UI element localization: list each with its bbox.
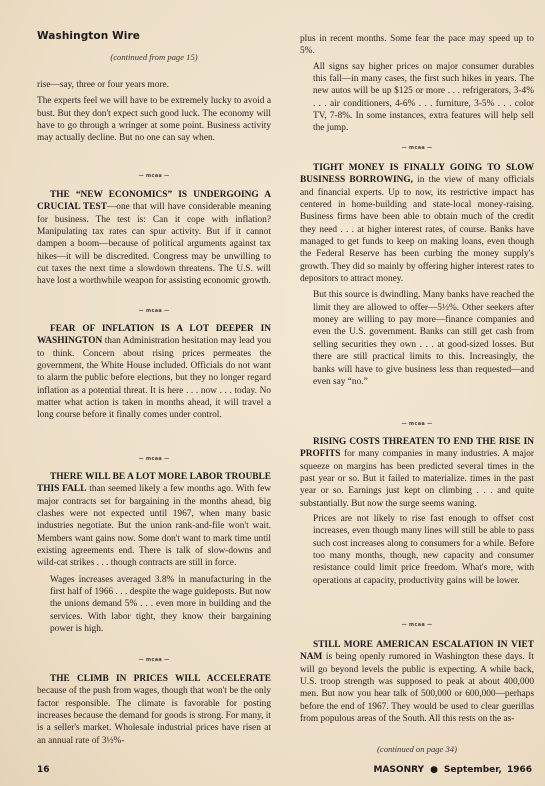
continued-from-note: (continued from page 15) [37, 52, 271, 62]
article-paragraph: THERE WILL BE A LOT MORE LABOR TROUBLE T… [37, 471, 271, 570]
article-followup: But this source is dwindling. Many banks… [300, 289, 534, 388]
article-body: than seemed likely a few months ago. Wit… [37, 484, 271, 568]
separator: — mcaa — [300, 142, 534, 154]
article-paragraph: FEAR OF INFLATION IS A LOT DEEPER IN WAS… [37, 323, 271, 422]
article-followup: Prices are not likely to rise fast enoug… [300, 513, 534, 587]
separator: — mcaa — [37, 170, 271, 182]
article-paragraph: THE “NEW ECONOMICS” IS UNDERGOING A CRUC… [37, 189, 271, 288]
article-paragraph: TIGHT MONEY IS FINALLY GOING TO SLOW BUS… [300, 162, 534, 285]
separator: — mcaa — [37, 305, 271, 317]
magazine-name: MASONRY [374, 765, 425, 775]
article-followup: Wages increases averaged 3.8% in manufac… [37, 574, 271, 636]
intro-paragraph-1: rise—say, three or four years more. [37, 79, 271, 91]
article-tight-money: — mcaa — TIGHT MONEY IS FINALLY GOING TO… [300, 142, 534, 388]
separator: — mcaa — [300, 418, 534, 430]
magazine-page: Washington Wire (continued from page 15)… [0, 0, 545, 786]
continued-paragraph-2: All signs say higher prices on major con… [300, 61, 534, 135]
continued-block: plus in recent months. Some fear the pac… [300, 33, 534, 135]
separator: — mcaa — [37, 453, 271, 465]
article-headline: THE CLIMB IN PRICES WILL ACCELERATE [50, 674, 271, 684]
article-body: is being openly rumored in Washington th… [300, 652, 534, 724]
article-body: because of the push from wages, though t… [37, 686, 271, 745]
article-body: —one that will have considerable meaning… [37, 202, 271, 286]
intro-block: rise—say, three or four years more. The … [37, 79, 271, 145]
article-new-economics: — mcaa — THE “NEW ECONOMICS” IS UNDERGOI… [37, 170, 271, 288]
separator: — mcaa — [300, 619, 534, 631]
article-paragraph: RISING COSTS THREATEN TO END THE RISE IN… [300, 436, 534, 510]
section-title: Washington Wire [37, 30, 140, 42]
article-paragraph: THE CLIMB IN PRICES WILL ACCELERATE beca… [37, 673, 271, 747]
page-number: 16 [37, 765, 50, 775]
article-rising-costs: — mcaa — RISING COSTS THREATEN TO END TH… [300, 418, 534, 587]
article-labor-trouble: — mcaa — THERE WILL BE A LOT MORE LABOR … [37, 453, 271, 635]
issue-date: September, 1966 [444, 765, 532, 775]
magazine-footer: MASONRY●September, 1966 [374, 765, 532, 775]
article-body: in the view of many officials and financ… [300, 175, 534, 284]
article-viet-nam: — mcaa — STILL MORE AMERICAN ESCALATION … [300, 619, 534, 725]
article-body: than Administration hesitation may lead … [37, 336, 271, 420]
article-paragraph: STILL MORE AMERICAN ESCALATION IN VIET N… [300, 639, 534, 725]
bullet-icon: ● [430, 765, 438, 775]
article-fear-of-inflation: — mcaa — FEAR OF INFLATION IS A LOT DEEP… [37, 305, 271, 422]
article-climb-in-prices: — mcaa — THE CLIMB IN PRICES WILL ACCELE… [37, 654, 271, 747]
continued-paragraph-1: plus in recent months. Some fear the pac… [300, 33, 534, 58]
intro-paragraph-2: The experts feel we will have to be extr… [37, 95, 271, 144]
continued-on-note: (continued on page 34) [300, 744, 534, 754]
separator: — mcaa — [37, 654, 271, 666]
